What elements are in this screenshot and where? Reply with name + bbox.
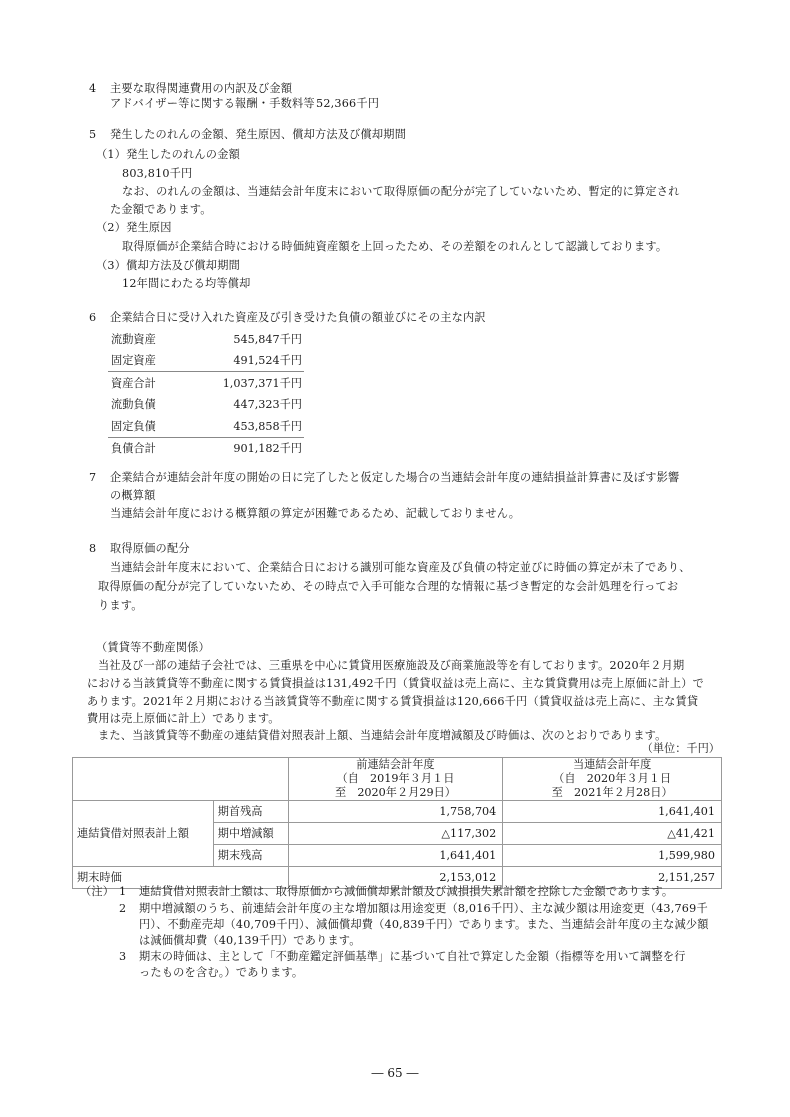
note-2-line3: は減価償却費（40,139千円）であります。 — [139, 934, 361, 948]
section-5-number: 5 — [89, 128, 96, 142]
table-header-row: 前連結会計年度 （自 2019年３月１日 至 2020年２月29日） 当連結会計… — [73, 758, 722, 801]
prev-value: 1,641,401 — [288, 845, 503, 867]
section-5-sub1-note-line1: なお、のれんの金額は、当連結会計年度末において取得原価の配分が完了していないため… — [122, 185, 680, 199]
curr-period-from: （自 2020年３月１日 — [507, 772, 717, 786]
note-2-line1: 期中増減額のうち、前連結会計年度の主な増加額は用途変更（8,016千円）、主な減… — [139, 902, 708, 916]
rental-heading: （賃貸等不動産関係） — [96, 641, 210, 655]
acquired-assets-liabilities-table: 流動資産 545,847千円 固定資産 491,524千円 資産合計 1,037… — [108, 328, 304, 459]
table-row-total: 負債合計 901,182千円 — [108, 437, 304, 459]
note-3-line2: ったものを含む。）であります。 — [139, 966, 303, 980]
table-row: 連結貸借対照表計上額 期首残高 1,758,704 1,641,401 — [73, 801, 722, 823]
table-row: 流動資産 545,847千円 — [108, 328, 304, 350]
row-value: 447,323千円 — [186, 394, 304, 416]
section-5-title: 発生したのれんの金額、発生原因、償却方法及び償却期間 — [110, 128, 406, 142]
row-value: 545,847千円 — [186, 328, 304, 350]
section-7-number: 7 — [89, 471, 96, 485]
section-6-title: 企業結合日に受け入れた資産及び引き受けた負債の額並びにその主な内訳 — [110, 311, 486, 325]
section-5-sub3-title: （3）償却方法及び償却期間 — [96, 259, 240, 273]
table-row: 流動負債 447,323千円 — [108, 394, 304, 416]
section-5-sub2-title: （2）発生原因 — [96, 221, 172, 235]
section-5-sub2-text: 取得原価が企業結合時における時価純資産額を上回ったため、その差額をのれんとして認… — [122, 240, 667, 254]
header-curr-period: 当連結会計年度 （自 2020年３月１日 至 2021年２月28日） — [503, 758, 722, 801]
section-8-line3: ります。 — [98, 599, 143, 613]
row-label: 期首残高 — [213, 801, 288, 823]
row-label: 資産合計 — [108, 372, 186, 394]
page-number: ― 65 ― — [0, 1066, 790, 1080]
row-label: 固定負債 — [108, 415, 186, 437]
prev-period-from: （自 2019年３月１日 — [293, 772, 499, 786]
section-8-line1: 当連結会計年度末において、企業結合日における識別可能な資産及び負債の特定並びに時… — [110, 561, 691, 575]
rental-p1-line1: 当社及び一部の連結子会社では、三重県を中心に賃貸用医療施設及び商業施設等を有して… — [98, 659, 684, 673]
prev-period-title: 前連結会計年度 — [293, 758, 499, 772]
row-label: 負債合計 — [108, 437, 186, 459]
section-8-line2: 取得原価の配分が完了していないため、その時点で入手可能な合理的な情報に基づき暫定… — [98, 580, 678, 594]
section-7-title-line2: の概算額 — [110, 489, 156, 503]
curr-period-title: 当連結会計年度 — [507, 758, 717, 772]
section-5-sub3-text: 12年間にわたる均等償却 — [122, 277, 251, 291]
section-8-number: 8 — [89, 542, 96, 556]
document-page: 4 主要な取得関連費用の内訳及び金額 アドバイザー等に関する報酬・手数料等 52… — [0, 0, 790, 1117]
unit-label: （単位：千円） — [642, 742, 720, 756]
curr-value: △41,421 — [503, 823, 722, 845]
section-7-title-line1: 企業結合が連結会計年度の開始の日に完了したと仮定した場合の当連結会計年度の連結損… — [110, 471, 679, 485]
row-value: 901,182千円 — [186, 437, 304, 459]
note-1-number: 1 — [119, 885, 126, 899]
section-5-sub1-title: （1）発生したのれんの金額 — [96, 148, 240, 162]
row-label: 期末残高 — [213, 845, 288, 867]
notes-prefix: （注） — [80, 885, 114, 899]
section-5-sub1-value: 803,810千円 — [122, 167, 192, 181]
section-4-item-value: 52,366千円 — [316, 97, 379, 111]
note-1-text: 連結貸借対照表計上額は、取得原価から減価償却累計額及び減損損失累計額を控除した金… — [139, 885, 673, 899]
prev-value: 1,758,704 — [288, 801, 503, 823]
note-2-number: 2 — [119, 902, 126, 916]
section-6-number: 6 — [89, 311, 96, 325]
note-2-line2: 円）、不動産売却（40,709千円）、減価償却費（40,839千円）であります。… — [139, 918, 709, 932]
section-4-title: 主要な取得関連費用の内訳及び金額 — [110, 82, 292, 96]
rental-p1-line3: あります。2021年２月期における当該賃貸等不動産に関する賃貸損益は120,66… — [87, 695, 698, 709]
rental-p1-line4: 費用は売上原価に計上）であります。 — [87, 712, 280, 726]
note-3-line1: 期末の時価は、主として「不動産鑑定評価基準」に基づいて自社で算定した金額（指標等… — [139, 950, 686, 964]
prev-value: △117,302 — [288, 823, 503, 845]
row-value: 453,858千円 — [186, 415, 304, 437]
rental-p1-line2: における当該賃貸等不動産に関する賃貸損益は131,492千円（賃貸収益は売上高に… — [87, 677, 704, 691]
table-row: 固定資産 491,524千円 — [108, 350, 304, 372]
rental-p2: また、当該賃貸等不動産の連結貸借対照表計上額、当連結会計年度増減額及び時価は、次… — [98, 729, 666, 743]
row-value: 491,524千円 — [186, 350, 304, 372]
row-label: 流動資産 — [108, 328, 186, 350]
row-label: 固定資産 — [108, 350, 186, 372]
rental-property-table: 前連結会計年度 （自 2019年３月１日 至 2020年２月29日） 当連結会計… — [72, 757, 722, 889]
section-8-title: 取得原価の配分 — [110, 542, 190, 556]
curr-period-to: 至 2021年２月28日） — [507, 786, 717, 800]
section-4-number: 4 — [89, 82, 96, 96]
table-row-total: 資産合計 1,037,371千円 — [108, 372, 304, 394]
curr-value: 1,599,980 — [503, 845, 722, 867]
row-label: 期中増減額 — [213, 823, 288, 845]
note-3-number: 3 — [119, 950, 126, 964]
curr-value: 1,641,401 — [503, 801, 722, 823]
prev-period-to: 至 2020年２月29日） — [293, 786, 499, 800]
section-5-sub1-note-line2: た金額であります。 — [110, 203, 212, 217]
row-value: 1,037,371千円 — [186, 372, 304, 394]
table-row: 固定負債 453,858千円 — [108, 415, 304, 437]
group-label: 連結貸借対照表計上額 — [73, 801, 214, 867]
row-label: 流動負債 — [108, 394, 186, 416]
section-7-text: 当連結会計年度における概算額の算定が困難であるため、記載しておりません。 — [110, 507, 520, 521]
header-prev-period: 前連結会計年度 （自 2019年３月１日 至 2020年２月29日） — [288, 758, 503, 801]
section-4-item-label: アドバイザー等に関する報酬・手数料等 — [110, 97, 315, 111]
header-empty-cell — [73, 758, 289, 801]
